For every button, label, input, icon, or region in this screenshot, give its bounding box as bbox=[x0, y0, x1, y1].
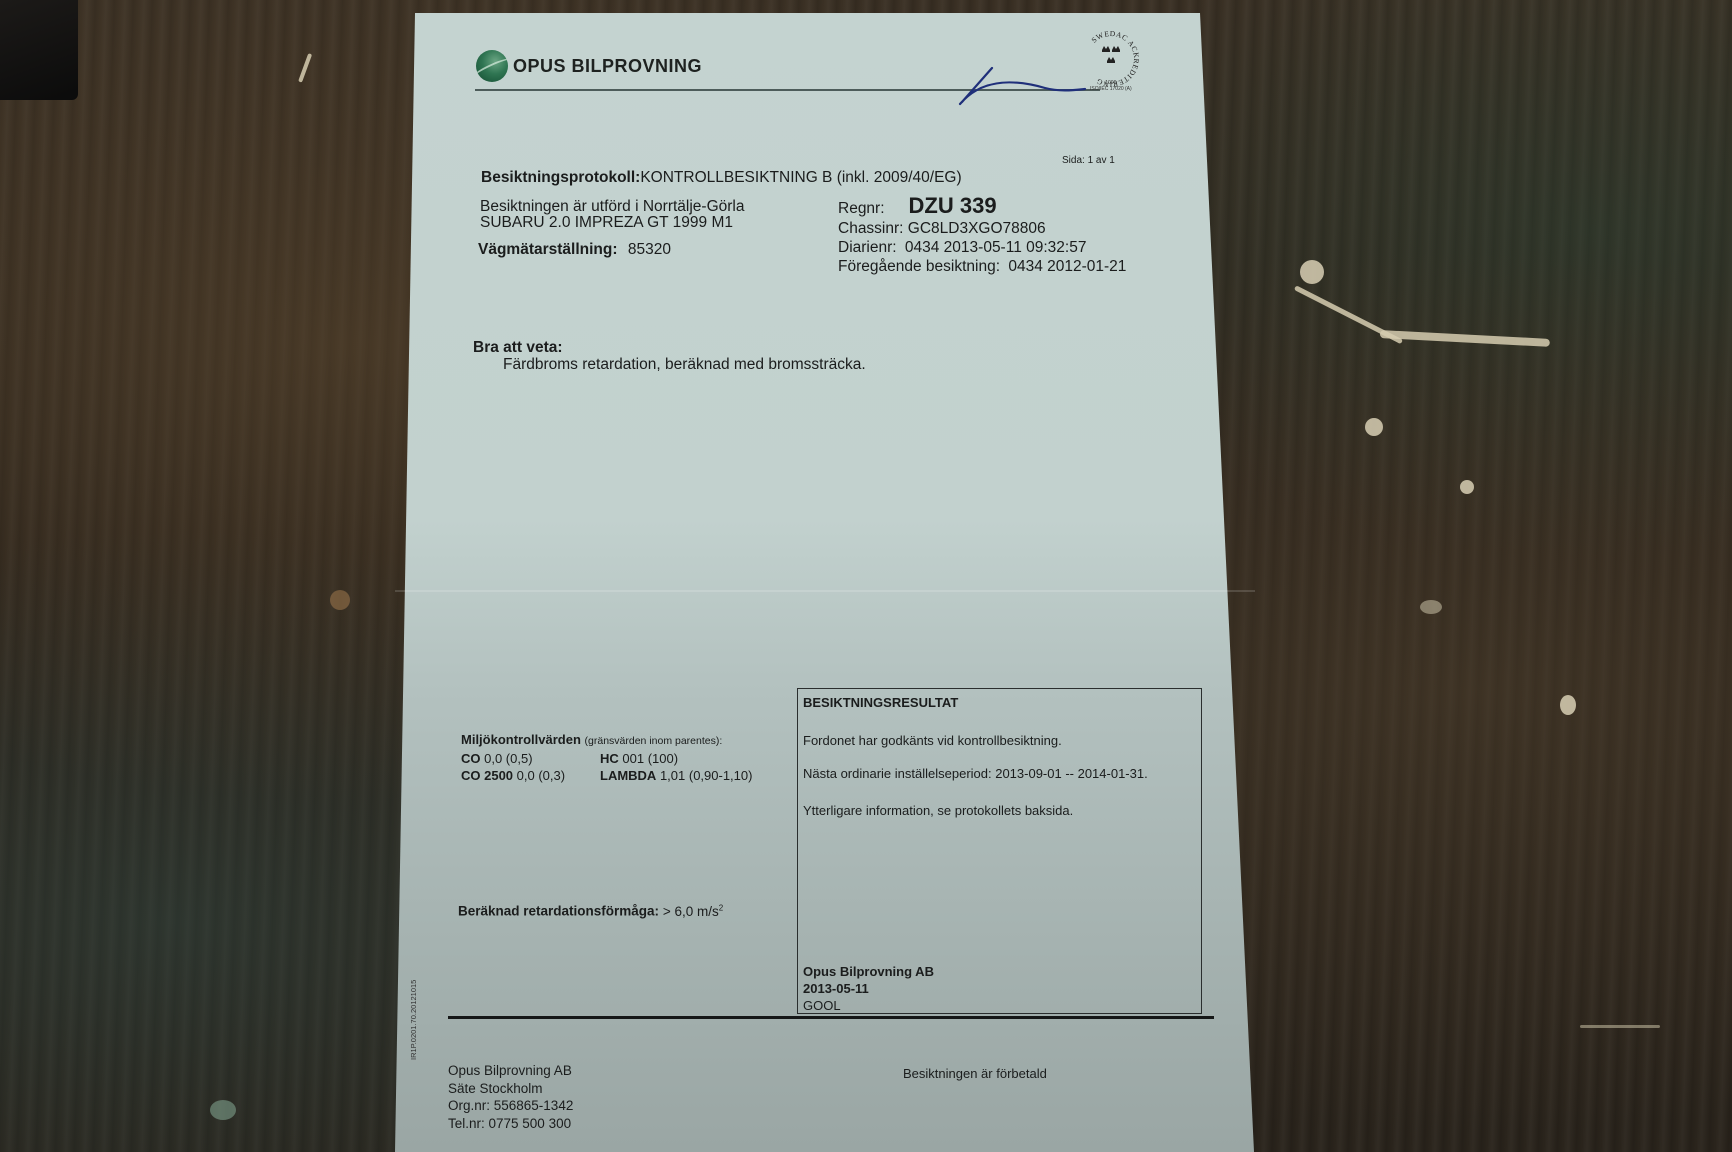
chassis-value: GC8LD3XGO78806 bbox=[908, 220, 1046, 237]
signature-icon bbox=[950, 60, 1100, 110]
regnr-value: DZU 339 bbox=[909, 193, 997, 219]
paint-splatter bbox=[330, 590, 350, 610]
globe-logo-icon bbox=[476, 50, 508, 82]
footer-divider bbox=[448, 1016, 1214, 1019]
accreditation-standard: ISO/IEC 17020 (A) bbox=[1090, 86, 1132, 92]
odometer-reading: Vägmätarställning: 85320 bbox=[478, 241, 671, 259]
previous-value: 0434 2012-01-21 bbox=[1008, 258, 1126, 275]
regnr-label: Regnr: bbox=[838, 200, 885, 218]
emission-co: CO 0,0 (0,5) bbox=[461, 750, 600, 767]
paint-splatter bbox=[1300, 260, 1324, 284]
diary-number: Diarienr: 0434 2013-05-11 09:32:57 bbox=[838, 239, 1086, 257]
emission-title: Miljökontrollvärden bbox=[461, 732, 581, 747]
emission-hc: HC 001 (100) bbox=[600, 750, 739, 767]
deceleration-capability: Beräknad retardationsförmåga: > 6,0 m/s2 bbox=[458, 903, 723, 919]
result-inspector: GOOL bbox=[803, 997, 934, 1014]
emission-row: CO 2500 0,0 (0,3) LAMBDA 1,01 (0,90-1,10… bbox=[461, 767, 739, 784]
result-company: Opus Bilprovning AB bbox=[803, 964, 934, 979]
paint-streak bbox=[1580, 1025, 1660, 1028]
odometer-value: 85320 bbox=[628, 241, 671, 258]
result-signature-block: Opus Bilprovning AB 2013-05-11 GOOL bbox=[803, 963, 934, 1014]
diary-value: 0434 2013-05-11 09:32:57 bbox=[905, 239, 1087, 256]
chassis-label: Chassinr: bbox=[838, 220, 903, 237]
deceleration-number: > 6,0 m/s bbox=[663, 904, 719, 919]
emission-value: 1,01 (0,90-1,10) bbox=[660, 768, 753, 783]
paint-streak bbox=[298, 53, 312, 83]
inspection-location-block: Besiktningen är utförd i Norrtälje-Görla… bbox=[480, 199, 744, 231]
protocol-value: KONTROLLBESIKTNING B (inkl. 2009/40/EG) bbox=[640, 169, 961, 186]
emission-value: 001 (100) bbox=[622, 751, 678, 766]
form-code: IR1P.0201.70.20121015 bbox=[409, 980, 418, 1060]
paint-splatter bbox=[1420, 600, 1442, 614]
page-number: Sida: 1 av 1 bbox=[1062, 155, 1115, 166]
good-to-know-heading: Bra att veta: bbox=[473, 339, 563, 357]
emission-value: 0,0 (0,3) bbox=[517, 768, 565, 783]
prepaid-note: Besiktningen är förbetald bbox=[903, 1066, 1047, 1081]
footer-seat: Säte Stockholm bbox=[448, 1080, 573, 1098]
paint-splatter bbox=[1560, 695, 1576, 715]
paint-splatter bbox=[1365, 418, 1383, 436]
odometer-label: Vägmätarställning: bbox=[478, 241, 618, 258]
paint-splatter bbox=[210, 1100, 236, 1120]
footer-tel-nr: Tel.nr: 0775 500 300 bbox=[448, 1115, 573, 1133]
paint-streak bbox=[1380, 330, 1550, 347]
inspection-location: Besiktningen är utförd i Norrtälje-Görla bbox=[480, 199, 744, 215]
emission-label: CO 2500 bbox=[461, 768, 513, 783]
diary-label: Diarienr: bbox=[838, 239, 897, 256]
result-more-info: Ytterligare information, se protokollets… bbox=[803, 803, 1073, 818]
deceleration-label: Beräknad retardationsförmåga: bbox=[458, 904, 659, 919]
paper-fold-line bbox=[395, 590, 1255, 592]
opus-logo: OPUS BILPROVNING bbox=[476, 50, 702, 82]
swedac-number: 1096 ISO/IEC 17020 (A) bbox=[1090, 80, 1132, 92]
emission-subtitle: (gränsvärden inom parentes): bbox=[585, 735, 723, 747]
emission-value: 0,0 (0,5) bbox=[484, 751, 532, 766]
paint-splatter bbox=[1460, 480, 1474, 494]
unit-exponent: 2 bbox=[719, 903, 723, 912]
vehicle-model: SUBARU 2.0 IMPREZA GT 1999 M1 bbox=[480, 215, 744, 231]
previous-inspection: Föregående besiktning: 0434 2012-01-21 bbox=[838, 258, 1126, 276]
protocol-label: Besiktningsprotokoll: bbox=[481, 169, 640, 186]
emission-values: Miljökontrollvärden (gränsvärden inom pa… bbox=[461, 731, 739, 784]
brand-name: OPUS BILPROVNING bbox=[513, 56, 702, 77]
registration-number: Regnr: DZU 339 bbox=[838, 193, 997, 219]
good-to-know-text: Färdbroms retardation, beräknad med brom… bbox=[503, 356, 866, 374]
emission-co2500: CO 2500 0,0 (0,3) bbox=[461, 767, 600, 784]
footer-org-nr: Org.nr: 556865-1342 bbox=[448, 1097, 573, 1115]
protocol-type: Besiktningsprotokoll:KONTROLLBESIKTNING … bbox=[481, 169, 962, 187]
result-next-period: Nästa ordinarie inställelseperiod: 2013-… bbox=[803, 766, 1148, 781]
emission-row: CO 0,0 (0,5) HC 001 (100) bbox=[461, 750, 739, 767]
footer-company: Opus Bilprovning AB bbox=[448, 1062, 573, 1080]
emission-lambda: LAMBDA 1,01 (0,90-1,10) bbox=[600, 767, 739, 784]
previous-label: Föregående besiktning: bbox=[838, 258, 1000, 275]
black-object-on-desk bbox=[0, 0, 78, 100]
result-approved: Fordonet har godkänts vid kontrollbesikt… bbox=[803, 733, 1062, 748]
emission-label: CO bbox=[461, 751, 481, 766]
emission-label: LAMBDA bbox=[600, 768, 656, 783]
result-heading: BESIKTNINGSRESULTAT bbox=[803, 695, 958, 710]
result-date: 2013-05-11 bbox=[803, 981, 869, 996]
emission-heading: Miljökontrollvärden (gränsvärden inom pa… bbox=[461, 731, 739, 750]
chassis-number: Chassinr: GC8LD3XGO78806 bbox=[838, 220, 1046, 238]
deceleration-value: > 6,0 m/s2 bbox=[663, 904, 723, 919]
emission-label: HC bbox=[600, 751, 619, 766]
company-info: Opus Bilprovning AB Säte Stockholm Org.n… bbox=[448, 1062, 573, 1132]
